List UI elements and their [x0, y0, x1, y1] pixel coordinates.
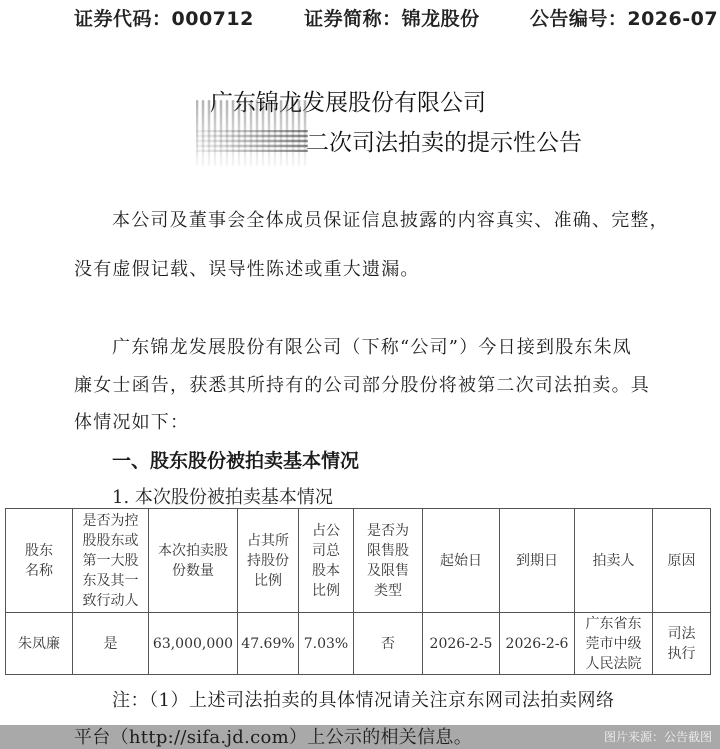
col-header-pct-holdings: 占其所 持股份 比例	[238, 509, 299, 613]
col-header-restricted: 是否为 限售股 及限售 类型	[354, 509, 423, 613]
cell-end-date: 2026-2-6	[500, 613, 575, 675]
announcement-subject: 二次司法拍卖的提示性公告	[306, 124, 582, 157]
note-line-2: 平台（http://sifa.jd.com）上公示的相关信息。	[74, 723, 472, 749]
col-header-end-date: 到期日	[500, 509, 575, 613]
cell-reason: 司法 执行	[653, 613, 711, 675]
cell-start-date: 2026-2-5	[423, 613, 500, 675]
cell-shares: 63,000,000	[149, 613, 238, 675]
statement-line-1: 本公司及董事会全体成员保证信息披露的内容真实、准确、完整，	[112, 206, 669, 232]
announcement-header: 证券代码：000712 证券简称：锦龙股份 公告编号：2026-07	[74, 4, 718, 31]
table-row: 朱凤廉 是 63,000,000 47.69% 7.03% 否 2026-2-5…	[6, 613, 711, 675]
cell-controlling: 是	[73, 613, 149, 675]
auction-table: 股东 名称 是否为控 股股东或 第一大股 东及其一 致行动人 本次拍卖股 份数量…	[5, 508, 711, 675]
section-heading: 一、股东股份被拍卖基本情况	[112, 446, 359, 473]
image-source-label: 图片来源：公告截图	[604, 728, 712, 745]
body-line-3: 体情况如下：	[74, 408, 189, 434]
body-line-1: 广东锦龙发展股份有限公司（下称“公司”）今日接到股东朱凤	[112, 333, 632, 359]
col-header-shares: 本次拍卖股 份数量	[149, 509, 238, 613]
statement-line-2: 没有虚假记载、误导性陈述或重大遗漏。	[74, 255, 420, 281]
stock-code: 证券代码：000712	[74, 4, 254, 31]
col-header-auctioneer: 拍卖人	[575, 509, 653, 613]
redaction-blur-bar	[196, 130, 308, 152]
stock-abbreviation: 证券简称：锦龙股份	[304, 4, 480, 31]
col-header-shareholder: 股东 名称	[6, 509, 73, 613]
announcement-number: 公告编号：2026-07	[530, 4, 718, 31]
body-line-2: 廉女士函告，获悉其所持有的公司部分股份将被第二次司法拍卖。具	[74, 371, 650, 397]
note-line-1: 注：（1）上述司法拍卖的具体情况请关注京东网司法拍卖网络	[112, 686, 614, 712]
col-header-controlling: 是否为控 股股东或 第一大股 东及其一 致行动人	[73, 509, 149, 613]
table-header-row: 股东 名称 是否为控 股股东或 第一大股 东及其一 致行动人 本次拍卖股 份数量…	[6, 509, 711, 613]
cell-pct-holdings: 47.69%	[238, 613, 299, 675]
sub-heading: 1. 本次股份被拍卖基本情况	[112, 483, 333, 509]
col-header-pct-total: 占公 司总 股本 比例	[299, 509, 354, 613]
cell-pct-total: 7.03%	[299, 613, 354, 675]
cell-auctioneer: 广东省东 莞市中级 人民法院	[575, 613, 653, 675]
col-header-start-date: 起始日	[423, 509, 500, 613]
col-header-reason: 原因	[653, 509, 711, 613]
cell-shareholder: 朱凤廉	[6, 613, 73, 675]
cell-restricted: 否	[354, 613, 423, 675]
